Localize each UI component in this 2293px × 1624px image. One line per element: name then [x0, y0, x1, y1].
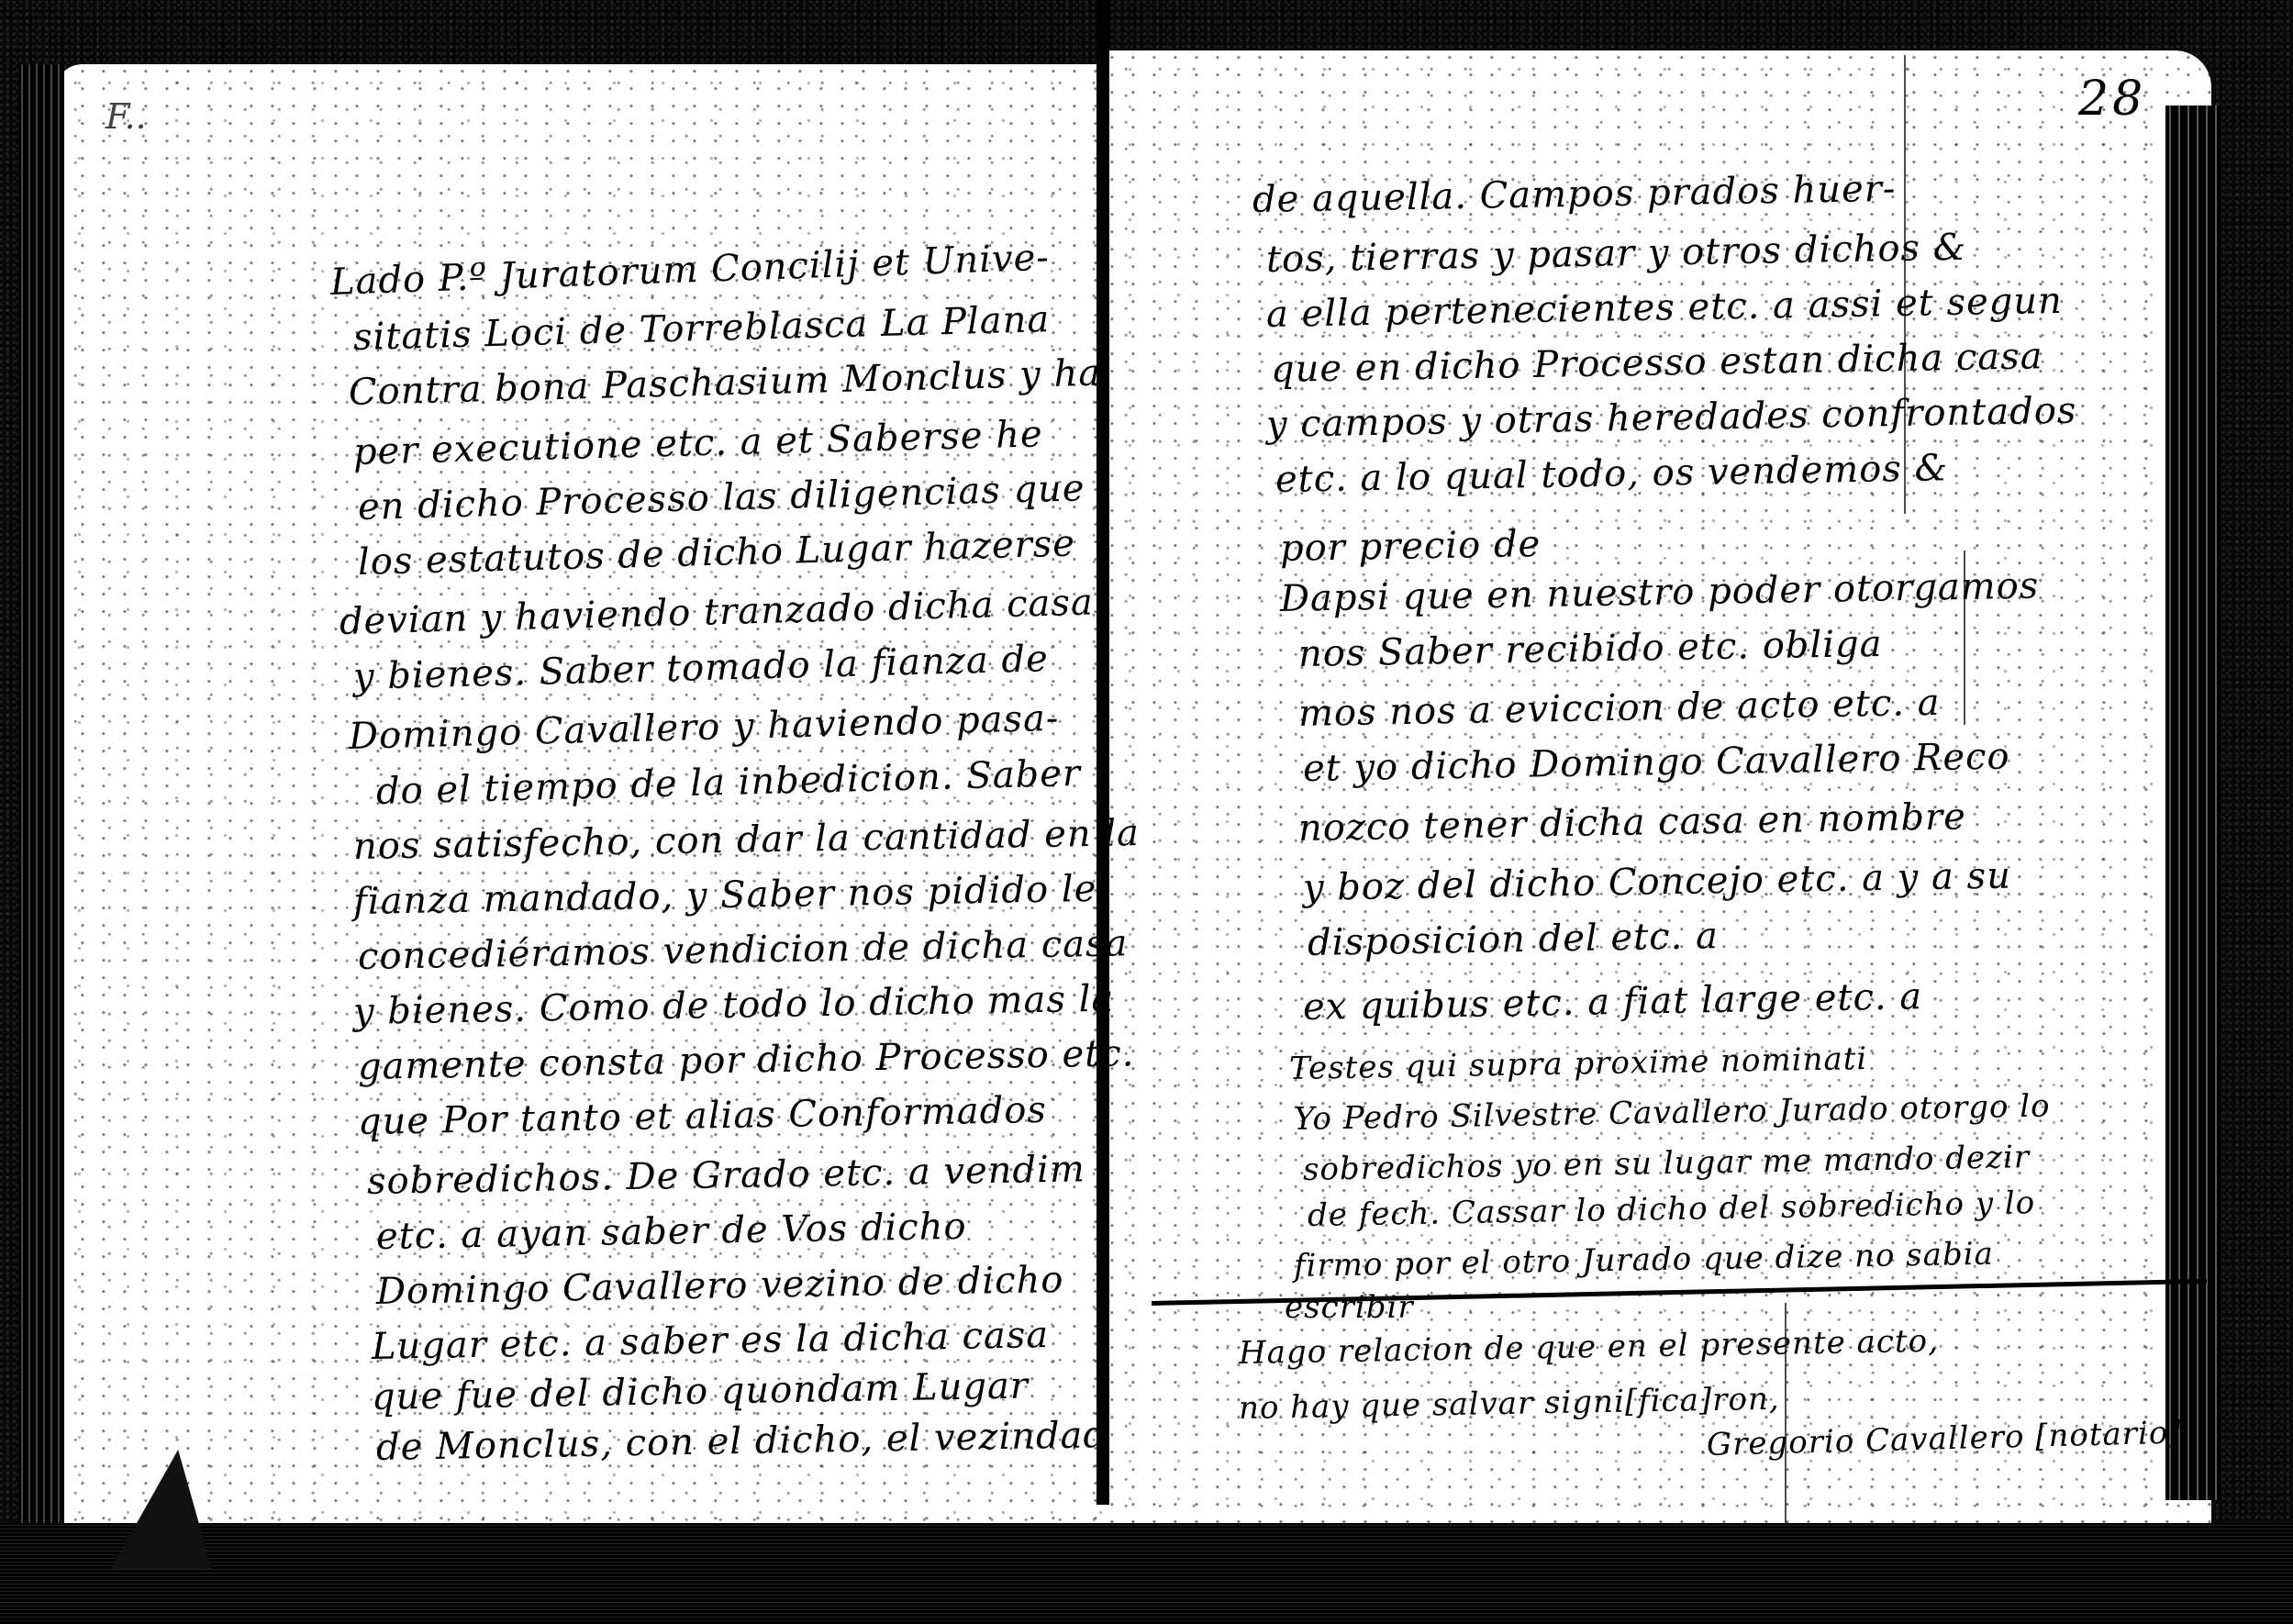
- book-gutter: [1096, 0, 1109, 1505]
- manuscript-line: escribir: [1285, 1289, 1414, 1326]
- folio-number: 28: [2078, 72, 2146, 127]
- page-corner-fold: [111, 1450, 228, 1569]
- manuscript-line: por precio de: [1280, 523, 1542, 570]
- scanner-bottom-border: [0, 1523, 2293, 1624]
- corner-mark: F..: [106, 96, 147, 137]
- manuscript-line: disposicion del etc. a: [1308, 915, 1720, 964]
